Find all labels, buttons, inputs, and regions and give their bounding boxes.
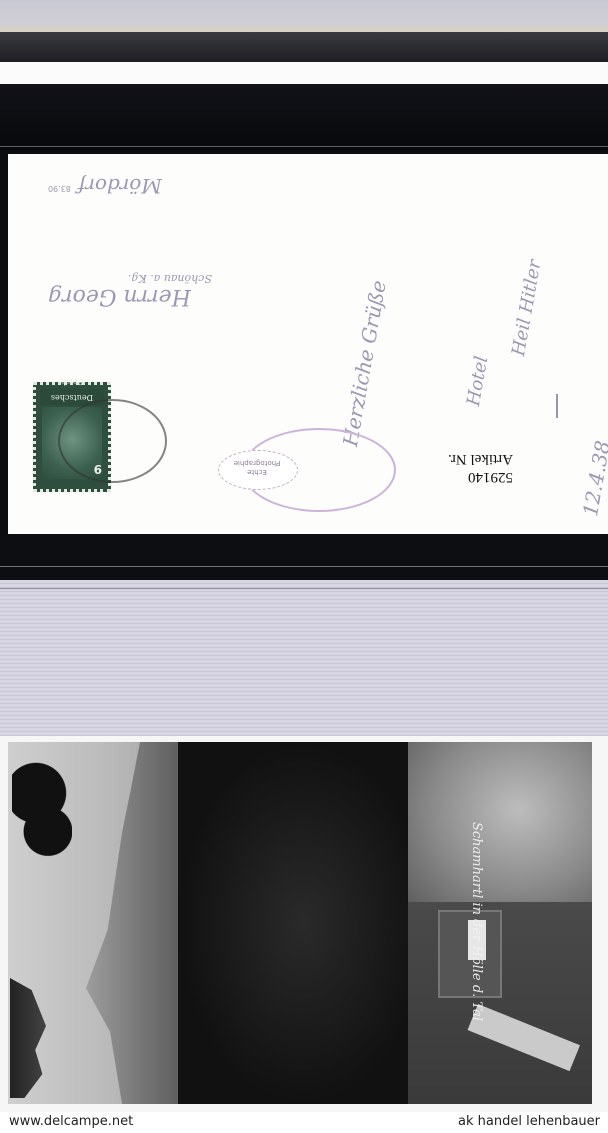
price-code: 83.90 — [48, 184, 71, 193]
scanner-dark-band — [0, 84, 608, 150]
photo-forest — [178, 742, 428, 1104]
watermark-footer: www.delcampe.net ak handel lehenbauer — [0, 1112, 608, 1133]
photo-branch — [12, 760, 72, 870]
photo-caption: Schamhartl in der Hölle d. Tal — [469, 822, 484, 1021]
handwriting-line: Mördorf — [78, 174, 162, 198]
postcard-photo: Schamhartl in der Hölle d. Tal — [8, 742, 592, 1104]
handwriting-line: Schönau a. Kg. — [128, 272, 212, 285]
handwriting-line: Herrn Georg — [48, 284, 191, 309]
scanner-white-strip — [0, 62, 608, 85]
site-url: www.delcampe.net — [9, 1114, 133, 1129]
postcard-back: 83.90 Mördorf Herrn Georg Schönau a. Kg.… — [0, 150, 608, 536]
postcard-front: Schamhartl in der Hölle d. Tal — [0, 736, 608, 1112]
handwriting-line: Hotel — [463, 355, 492, 408]
article-label-text: Artikel Nr. — [448, 450, 513, 468]
postcard-back-paper: 83.90 Mördorf Herrn Georg Schönau a. Kg.… — [8, 154, 608, 534]
postmark-circle — [58, 399, 167, 483]
handwriting-line: Herzliche Grüße — [338, 278, 391, 448]
scanner-dark-band-lower — [0, 536, 608, 580]
divider-line — [0, 566, 608, 567]
scanner-edge-top — [0, 0, 608, 32]
lined-paper-background — [0, 580, 608, 736]
photo-rock — [408, 742, 592, 912]
handwriting-line: Heil Hitler — [508, 258, 546, 357]
divider-line — [0, 588, 608, 589]
article-number: 529140 — [448, 468, 513, 486]
photo-stamp-text: Echte Photographie — [224, 458, 290, 476]
divider-line — [0, 146, 608, 147]
article-number-label: 529140 Artikel Nr. — [448, 450, 513, 486]
handwritten-dash — [556, 394, 558, 418]
handwriting-date: 12.4.38 — [578, 439, 608, 518]
seller-name: ak handel lehenbauer — [458, 1114, 600, 1129]
scanner-shadow-band — [0, 32, 608, 62]
